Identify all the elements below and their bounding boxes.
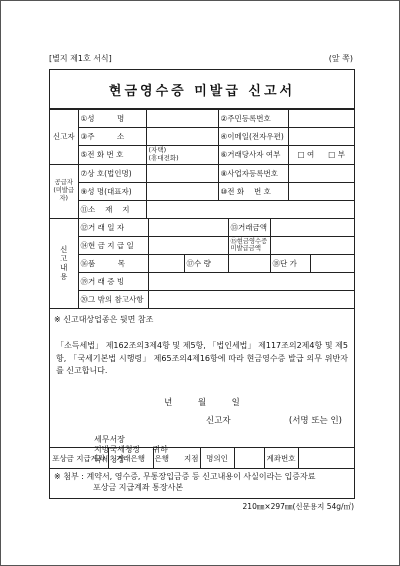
supplier-table: 공급자 (미발급자) ⑦상 호(법인명) ⑧사업자등록번호 ⑨성 명(대표자) … [50, 164, 354, 219]
field-value-transaction-amount[interactable] [270, 218, 354, 236]
field-label-transaction-amount: ⑬거래금액 [228, 218, 270, 236]
table-row: ③주 소 ④이메일(전자우편) [50, 128, 354, 146]
field-label-unissued-amount: ⑮현금영수증 미발급금액 [228, 236, 270, 255]
declaration-section: ※ 신고대상업종은 뒷면 참조 「소득세법」 제162조의3제4항 및 제5항,… [50, 309, 354, 448]
table-row: ⑯품 목 ⑰수 량 ⑱단 가 [50, 255, 354, 273]
field-value-unissued-amount[interactable] [270, 236, 354, 255]
field-label-quantity: ⑰수 량 [184, 255, 228, 273]
field-label-transaction-evidence: ⑲거 래 증 빙 [78, 273, 148, 291]
form-box: 현금영수증 미발급 신고서 신고자 ①성 명 ②주민등록번호 ③주 소 ④이메일… [49, 69, 355, 499]
field-value-party-status: □ 여 □ 부 [288, 146, 354, 165]
field-value-business-name[interactable] [146, 164, 218, 182]
field-value-supplier-phone[interactable] [288, 182, 354, 200]
form-ref: [별지 제1호 서식] [49, 53, 112, 64]
group-label-reporter: 신고자 [50, 110, 78, 165]
attachment-note: ※ 첨부 : 계약서, 영수증, 무통장입금증 등 신고내용이 사실이라는 입증… [50, 469, 354, 498]
field-label-unit-price: ⑱단 가 [270, 255, 310, 273]
recipient-tax-office: 세무서장 [94, 435, 140, 445]
field-value-address[interactable] [146, 128, 218, 146]
checkbox-yes[interactable]: □ 여 [298, 149, 315, 160]
signature-line: 신고자 (서명 또는 인) [50, 414, 354, 426]
recipient-list: 세무서장 지방국세청장 국세청장 [94, 435, 140, 464]
reporter-table: 신고자 ①성 명 ②주민등록번호 ③주 소 ④이메일(전자우편) ⑤전 화 번 … [50, 109, 354, 165]
field-value-item[interactable] [148, 255, 184, 273]
form-content: [별지 제1호 서식] (앞 쪽) 현금영수증 미발급 신고서 신고자 ①성 명… [49, 53, 355, 512]
signer-label: 신고자 [206, 414, 231, 426]
field-label-email: ④이메일(전자우편) [218, 128, 288, 146]
field-value-other-remarks[interactable] [148, 291, 354, 309]
field-value-business-reg-no[interactable] [288, 164, 354, 182]
report-details-table: 신 고 내 용 ⑫거 래 일 자 ⑬거래금액 ⑭현 금 지 급 일 ⑮현금영수증… [50, 218, 354, 310]
field-label-item: ⑯품 목 [78, 255, 148, 273]
recipient-regional-office: 지방국세청장 [94, 445, 140, 455]
page-side-label: (앞 쪽) [329, 53, 353, 64]
group-label-report-details: 신 고 내 용 [50, 218, 78, 309]
field-value-resident-id[interactable] [288, 110, 354, 128]
paper-size-note: 210㎜×297㎜(신문용지 54g/㎡) [49, 501, 355, 512]
field-label-supplier-phone: ⑩전 화 번 호 [218, 182, 288, 200]
field-value-transaction-date[interactable] [148, 218, 228, 236]
table-row: ⑲거 래 증 빙 [50, 273, 354, 291]
checkbox-no[interactable]: □ 부 [328, 149, 345, 160]
recipient-block: 세무서장 지방국세청장 국세청장 귀하 [94, 435, 354, 464]
field-label-rep-name: ⑨성 명(대표자) [78, 182, 146, 200]
field-label-name: ①성 명 [78, 110, 146, 128]
field-label-phone: ⑤전 화 번 호 [78, 146, 146, 165]
attachment-line-1: ※ 첨부 : 계약서, 영수증, 무통장입금증 등 신고내용이 사실이라는 입증… [54, 472, 350, 483]
table-row: ⑤전 화 번 호 (자택) (휴대전화) ⑥거래당사자 여부 □ 여 □ 부 [50, 146, 354, 165]
field-label-location: ⑪소 재 지 [78, 200, 146, 218]
recipient-honorific: 귀하 [152, 444, 167, 455]
field-value-location[interactable] [146, 200, 354, 218]
field-label-business-reg-no: ⑧사업자등록번호 [218, 164, 288, 182]
field-label-other-remarks: ⑳그 밖의 참고사항 [78, 291, 148, 309]
back-reference-note: ※ 신고대상업종은 뒷면 참조 [50, 309, 354, 325]
table-row: ⑳그 밖의 참고사항 [50, 291, 354, 309]
recipient-nts: 국세청장 [94, 455, 140, 465]
field-label-cash-payment-date: ⑭현 금 지 급 일 [78, 236, 148, 255]
table-row: ⑭현 금 지 급 일 ⑮현금영수증 미발급금액 [50, 236, 354, 255]
attachment-line-2: 포상금 지급계좌 통장사본 [93, 483, 350, 494]
table-row: 신고자 ①성 명 ②주민등록번호 [50, 110, 354, 128]
form-title: 현금영수증 미발급 신고서 [50, 70, 354, 109]
field-value-quantity[interactable] [228, 255, 270, 273]
scanned-form-page: [별지 제1호 서식] (앞 쪽) 현금영수증 미발급 신고서 신고자 ①성 명… [0, 0, 400, 566]
table-row: 공급자 (미발급자) ⑦상 호(법인명) ⑧사업자등록번호 [50, 164, 354, 182]
date-line: 년 월 일 [50, 396, 354, 408]
field-value-rep-name[interactable] [146, 182, 218, 200]
field-value-phone[interactable]: (자택) (휴대전화) [146, 146, 218, 165]
signature-note: (서명 또는 인) [289, 414, 342, 426]
table-row: 신 고 내 용 ⑫거 래 일 자 ⑬거래금액 [50, 218, 354, 236]
field-label-transaction-date: ⑫거 래 일 자 [78, 218, 148, 236]
field-value-unit-price[interactable] [310, 255, 354, 273]
field-value-cash-payment-date[interactable] [148, 236, 228, 255]
form-header: [별지 제1호 서식] (앞 쪽) [49, 53, 355, 66]
group-label-supplier: 공급자 (미발급자) [50, 164, 78, 218]
field-label-business-name: ⑦상 호(법인명) [78, 164, 146, 182]
field-label-resident-id: ②주민등록번호 [218, 110, 288, 128]
table-row: ⑨성 명(대표자) ⑩전 화 번 호 [50, 182, 354, 200]
field-label-party-status: ⑥거래당사자 여부 [218, 146, 288, 165]
field-label-address: ③주 소 [78, 128, 146, 146]
table-row: ⑪소 재 지 [50, 200, 354, 218]
legal-statement: 「소득세법」 제162조의3제4항 및 제5항, 「법인세법」 제117조의2제… [56, 340, 348, 377]
field-value-email[interactable] [288, 128, 354, 146]
field-value-name[interactable] [146, 110, 218, 128]
field-value-transaction-evidence[interactable] [148, 273, 354, 291]
